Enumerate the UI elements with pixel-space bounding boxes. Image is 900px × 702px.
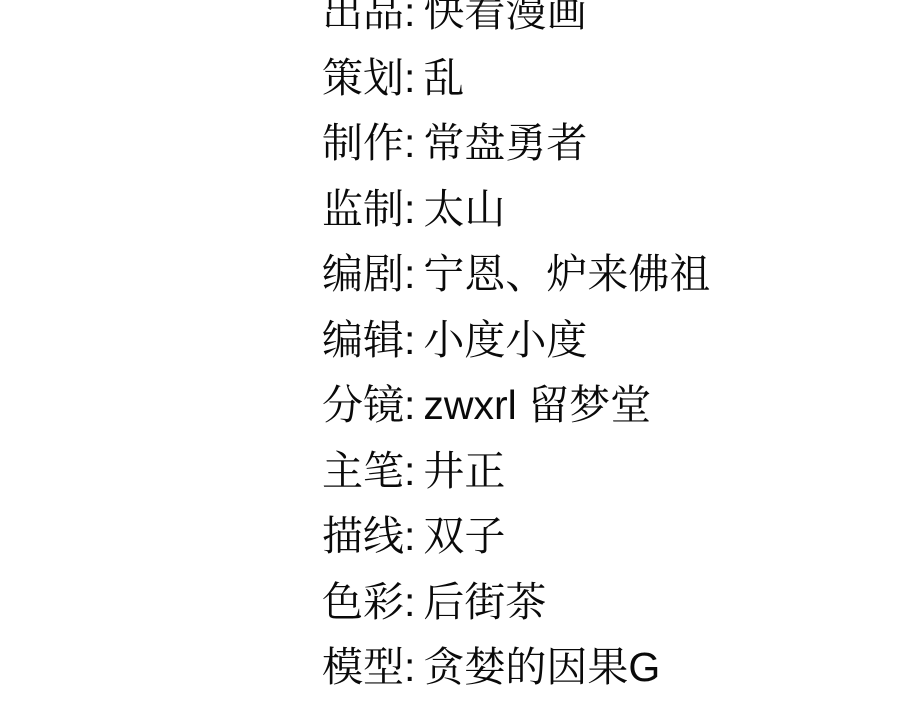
credit-role-label: 描线 bbox=[322, 516, 404, 557]
credit-role-label: 策划 bbox=[322, 58, 404, 99]
credit-name-value: 双子 bbox=[423, 516, 505, 557]
credit-name-value: zwxrl 留梦堂 bbox=[423, 385, 651, 426]
credit-line: 制作:常盘勇者 bbox=[322, 111, 710, 177]
credit-line: 编辑:小度小度 bbox=[322, 308, 710, 374]
credit-line: 编剧:宁恩、炉来佛祖 bbox=[322, 242, 710, 308]
credit-name-value: 贪婪的因果G bbox=[423, 647, 660, 688]
credit-name-value: 小度小度 bbox=[423, 320, 587, 361]
credit-line: 模型:贪婪的因果G bbox=[322, 635, 710, 701]
credit-name-value: 宁恩、炉来佛祖 bbox=[423, 254, 710, 295]
credit-colon-separator: : bbox=[404, 451, 415, 492]
credit-name-value: 后街茶 bbox=[423, 582, 546, 623]
credit-colon-separator: : bbox=[404, 254, 415, 295]
credit-colon-separator: : bbox=[404, 58, 415, 99]
credit-role-label: 编剧 bbox=[322, 254, 404, 295]
credit-line: 色彩:后街茶 bbox=[322, 570, 710, 636]
credit-role-label: 色彩 bbox=[322, 582, 404, 623]
credit-role-label: 编辑 bbox=[322, 320, 404, 361]
credit-name-value: 乱 bbox=[423, 58, 464, 99]
credit-role-label: 分镜 bbox=[322, 385, 404, 426]
credit-role-label: 模型 bbox=[322, 647, 404, 688]
credit-role-label: 监制 bbox=[322, 189, 404, 230]
credit-role-label: 制作 bbox=[322, 123, 404, 164]
credit-name-value: 太山 bbox=[423, 189, 505, 230]
credit-colon-separator: : bbox=[404, 582, 415, 623]
credit-name-value: 井正 bbox=[423, 451, 505, 492]
credit-line: 分镜:zwxrl 留梦堂 bbox=[322, 373, 710, 439]
credit-colon-separator: : bbox=[404, 385, 415, 426]
credit-colon-separator: : bbox=[404, 647, 415, 688]
credit-line: 策划:乱 bbox=[322, 46, 710, 112]
credit-name-value: 快看漫画 bbox=[423, 0, 587, 33]
credit-colon-separator: : bbox=[404, 516, 415, 557]
credits-list: 出品:快看漫画策划:乱制作:常盘勇者监制:太山编剧:宁恩、炉来佛祖编辑:小度小度… bbox=[322, 0, 710, 701]
credit-line: 主笔:井正 bbox=[322, 439, 710, 505]
credit-name-value: 常盘勇者 bbox=[423, 123, 587, 164]
credit-colon-separator: : bbox=[404, 320, 415, 361]
credit-role-label: 出品 bbox=[322, 0, 404, 33]
credit-colon-separator: : bbox=[404, 189, 415, 230]
credit-role-label: 主笔 bbox=[322, 451, 404, 492]
credits-page: 出品:快看漫画策划:乱制作:常盘勇者监制:太山编剧:宁恩、炉来佛祖编辑:小度小度… bbox=[0, 0, 900, 702]
credit-colon-separator: : bbox=[404, 0, 415, 33]
credit-line: 监制:太山 bbox=[322, 177, 710, 243]
credit-line: 描线:双子 bbox=[322, 504, 710, 570]
credit-colon-separator: : bbox=[404, 123, 415, 164]
credit-line: 出品:快看漫画 bbox=[322, 0, 710, 46]
